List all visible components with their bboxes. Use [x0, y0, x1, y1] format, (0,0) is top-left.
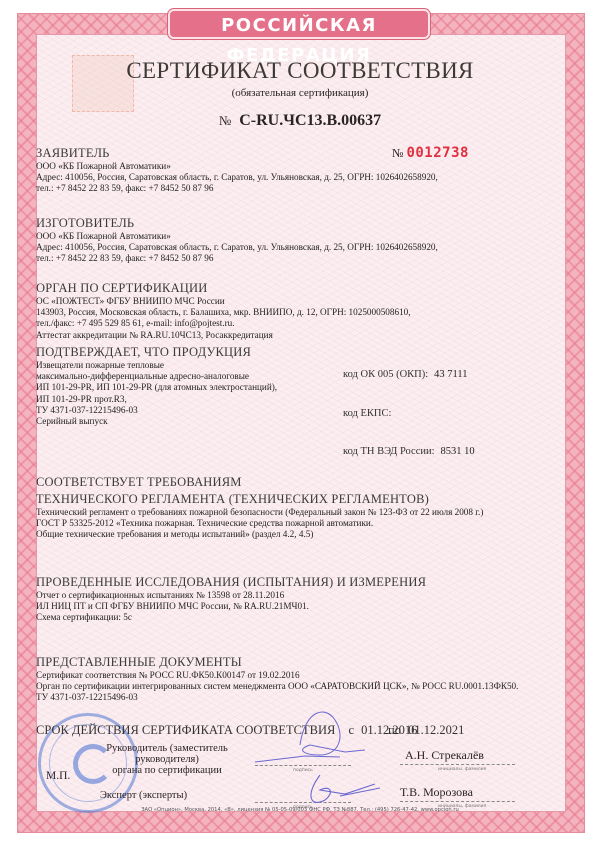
applicant-line: Адрес: 410056, Россия, Саратовская облас… [36, 172, 438, 183]
tnved-code-value: 8531 10 [441, 446, 475, 457]
certificate-number-value: C-RU.ЧС13.В.00637 [239, 112, 381, 129]
manufacturer-line: тел.: +7 8452 22 83 59, факс: +7 8452 50… [36, 253, 438, 264]
seal-label: М.П. [46, 770, 70, 782]
expert-signature-icon [300, 770, 400, 810]
okp-code: код ОК 005 (ОКП):43 7111 [343, 369, 468, 380]
head-name: А.Н. Стрекалёв [405, 748, 484, 763]
product-line: ТУ 4371-037-12215496-03 [36, 405, 277, 416]
product-line: Извещатели пожарные тепловые [36, 360, 277, 371]
product-heading: ПОДТВЕРЖДАЕТ, ЧТО ПРОДУКЦИЯ [36, 345, 277, 360]
product-line: Серийный выпуск [36, 416, 277, 427]
expert-label: Эксперт (эксперты) [100, 790, 187, 801]
head-name-line [400, 764, 515, 765]
tests-line: Схема сертификации: 5с [36, 612, 426, 623]
manufacturer-section: ИЗГОТОВИТЕЛЬ ООО «КБ Пожарной Автоматики… [36, 216, 438, 265]
cert-body-line: ОС «ПОЖТЕСТ» ФГБУ ВНИИПО МЧС России [36, 296, 411, 307]
documents-line: Сертификат соответствия № РОСС RU.ФК50.К… [36, 670, 518, 681]
cert-body-section: ОРГАН ПО СЕРТИФИКАЦИИ ОС «ПОЖТЕСТ» ФГБУ … [36, 281, 411, 341]
printer-imprint: ЗАО «Опцион», Москва, 2014, «В», лицензи… [0, 807, 600, 813]
tests-section: ПРОВЕДЕННЫЕ ИССЛЕДОВАНИЯ (ИСПЫТАНИЯ) И И… [36, 575, 426, 624]
manufacturer-line: ООО «КБ Пожарной Автоматики» [36, 231, 438, 242]
name-caption: инициалы, фамилия [438, 767, 486, 772]
okp-code-value: 43 7111 [434, 369, 467, 380]
head-label-line: Руководитель (заместитель руководителя) [92, 743, 242, 765]
document-subtitle: (обязательная сертификация) [0, 87, 600, 99]
number-sign: № [219, 113, 231, 128]
cert-body-heading: ОРГАН ПО СЕРТИФИКАЦИИ [36, 281, 411, 296]
applicant-line: ООО «КБ Пожарной Автоматики» [36, 161, 438, 172]
tests-heading: ПРОВЕДЕННЫЕ ИССЛЕДОВАНИЯ (ИСПЫТАНИЯ) И И… [36, 575, 426, 590]
requirements-section: СООТВЕТСТВУЕТ ТРЕБОВАНИЯМ ТЕХНИЧЕСКОГО Р… [36, 475, 483, 541]
documents-heading: ПРЕДСТАВЛЕННЫЕ ДОКУМЕНТЫ [36, 655, 518, 670]
seal-logo-icon [73, 744, 113, 784]
manufacturer-line: Адрес: 410056, Россия, Саратовская облас… [36, 242, 438, 253]
applicant-section: ЗАЯВИТЕЛЬ ООО «КБ Пожарной Автоматики» А… [36, 146, 438, 195]
cert-body-line: 143903, Россия, Московская область, г. Б… [36, 307, 411, 318]
product-line: ИП 101-29-PR, ИП 101-29-PR (для атомных … [36, 382, 277, 393]
applicant-heading: ЗАЯВИТЕЛЬ [36, 146, 438, 161]
tnved-code-label: код ТН ВЭД России: [343, 446, 435, 457]
head-signatory-label: Руководитель (заместитель руководителя) … [92, 743, 242, 776]
document-title: СЕРТИФИКАТ СООТВЕТСТВИЯ [0, 58, 600, 84]
okp-code-label: код ОК 005 (ОКП): [343, 369, 428, 380]
validity-to-date: 01.12.2021 [408, 723, 464, 737]
tests-line: Отчет о сертификационных испытаниях № 13… [36, 590, 426, 601]
expert-name-line [400, 801, 515, 802]
ekps-code: код ЕКПС: [343, 408, 397, 419]
country-banner: РОССИЙСКАЯ ФЕДЕРАЦИЯ [168, 9, 430, 39]
tnved-code: код ТН ВЭД России:8531 10 [343, 446, 475, 457]
requirements-line: Технический регламент о требованиях пожа… [36, 507, 483, 518]
manufacturer-heading: ИЗГОТОВИТЕЛЬ [36, 216, 438, 231]
head-label-line: органа по сертификации [92, 765, 242, 776]
requirements-line: ГОСТ Р 53325-2012 «Техника пожарная. Тех… [36, 518, 483, 529]
cert-body-line: тел./факс: +7 495 529 85 61, e-mail: inf… [36, 318, 411, 329]
cert-body-line: Аттестат аккредитации № RA.RU.10ЧС13, Ро… [36, 330, 411, 341]
product-section: ПОДТВЕРЖДАЕТ, ЧТО ПРОДУКЦИЯ Извещатели п… [36, 345, 277, 427]
expert-name: Т.В. Морозова [400, 785, 473, 800]
requirements-subheading: ТЕХНИЧЕСКОГО РЕГЛАМЕНТА (ТЕХНИЧЕСКИХ РЕГ… [36, 492, 483, 507]
certificate-number: № C-RU.ЧС13.В.00637 [0, 112, 600, 130]
tests-line: ИЛ НИЦ ПТ и СП ФГБУ ВНИИПО МЧС России, №… [36, 601, 426, 612]
documents-section: ПРЕДСТАВЛЕННЫЕ ДОКУМЕНТЫ Сертификат соот… [36, 655, 518, 704]
requirements-heading: СООТВЕТСТВУЕТ ТРЕБОВАНИЯМ [36, 475, 483, 490]
documents-line: Орган по сертификации интегрированных си… [36, 681, 518, 692]
applicant-line: тел.: +7 8452 22 83 59, факс: +7 8452 50… [36, 183, 438, 194]
ekps-code-label: код ЕКПС: [343, 408, 391, 419]
product-line: ИП 101-29-PR прот.R3, [36, 394, 277, 405]
product-line: максимально-дифференциальные адресно-ана… [36, 371, 277, 382]
requirements-line: Общие технические требования и методы ис… [36, 529, 483, 540]
head-signature-icon [245, 700, 405, 770]
